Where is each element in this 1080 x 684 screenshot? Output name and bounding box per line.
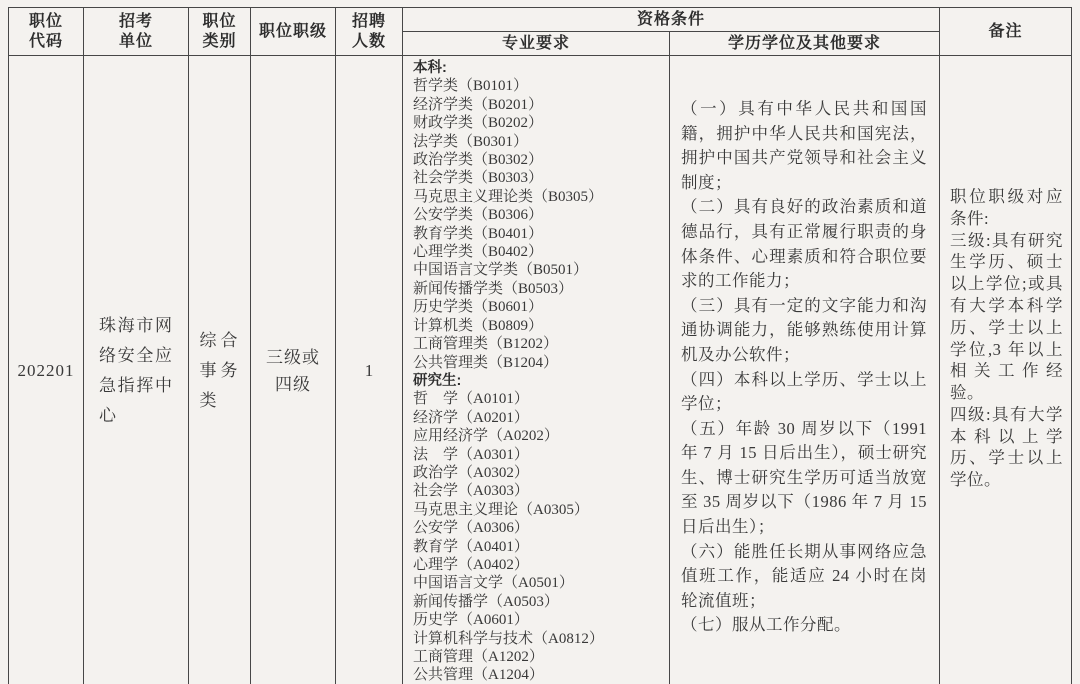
position-rank-value: 三级或四级: [264, 344, 322, 398]
major-item: 应用经济学（A0202）: [413, 427, 665, 445]
major-item: 社会学类（B0303）: [413, 169, 665, 187]
degree-requirement-item: （三）具有一定的文字能力和沟通协调能力，能够熟练使用计算机及办公软件；: [681, 294, 927, 368]
recruit-count-value: 1: [365, 361, 374, 381]
header-degree-requirement: 学历学位及其他要求: [670, 32, 940, 56]
major-item: 财政学类（B0202）: [413, 114, 665, 132]
major-item: 社会学（A0303）: [413, 482, 665, 500]
position-code-value: 202201: [18, 361, 75, 381]
major-item: 新闻传播学类（B0503）: [413, 280, 665, 298]
header-position-category: 职位 类别: [189, 8, 251, 56]
major-item: 公共管理（A1204）: [413, 666, 665, 684]
major-item: 计算机类（B0809）: [413, 317, 665, 335]
cell-position-rank: 三级或四级: [251, 56, 336, 684]
major-item: 历史学（A0601）: [413, 611, 665, 629]
major-item: 教育学（A0401）: [413, 538, 665, 556]
major-item: 中国语言文学（A0501）: [413, 574, 665, 592]
remark-line: 四级:具有大学本科以上学历、学士以上学位。: [950, 404, 1063, 491]
major-item: 政治学（A0302）: [413, 464, 665, 482]
cell-recruit-count: 1: [336, 56, 403, 684]
position-category-value: 综合事务类: [200, 326, 240, 416]
major-item: 工商管理类（B1202）: [413, 335, 665, 353]
major-item: 本科:: [413, 59, 665, 77]
degree-requirement-item: （六）能胜任长期从事网络应急值班工作，能适应 24 小时在岗轮流值班；: [681, 540, 927, 614]
major-item: 中国语言文学类（B0501）: [413, 261, 665, 279]
degree-requirement-item: （二）具有良好的政治素质和道德品行，具有正常履行职责的身体条件、心理素质和符合职…: [681, 195, 927, 293]
header-recruit-unit: 招考 单位: [84, 8, 189, 56]
cell-position-code: 202201: [9, 56, 84, 684]
header-position-rank: 职位职级: [251, 8, 336, 56]
major-item: 哲学类（B0101）: [413, 77, 665, 95]
remark-line: 职位职级对应条件:: [950, 186, 1063, 230]
major-item: 马克思主义理论（A0305）: [413, 501, 665, 519]
major-item: 研究生:: [413, 372, 665, 390]
major-item: 政治学类（B0302）: [413, 151, 665, 169]
major-item: 哲 学（A0101）: [413, 390, 665, 408]
cell-remark: 职位职级对应条件:三级:具有研究生学历、硕士以上学位;或具有大学本科学历、学士以…: [940, 56, 1072, 684]
major-item: 法学类（B0301）: [413, 133, 665, 151]
recruit-unit-value: 珠海市网络安全应急指挥中心: [99, 311, 173, 431]
cell-position-category: 综合事务类: [189, 56, 251, 684]
header-remark: 备注: [940, 8, 1072, 56]
major-item: 新闻传播学（A0503）: [413, 593, 665, 611]
major-item: 历史学类（B0601）: [413, 298, 665, 316]
degree-requirement-item: （五）年龄 30 周岁以下（1991 年 7 月 15 日后出生），硕士研究生、…: [681, 417, 927, 540]
degree-requirement-item: （七）服从工作分配。: [681, 613, 927, 638]
major-item: 公安学（A0306）: [413, 519, 665, 537]
header-recruit-count: 招聘 人数: [336, 8, 403, 56]
cell-degree-requirements: （一）具有中华人民共和国国籍，拥护中华人民共和国宪法，拥护中国共产党领导和社会主…: [670, 56, 940, 684]
position-table: 职位 代码 招考 单位 职位 类别 职位职级 招聘 人数 资格条件 备注 专业要…: [8, 7, 1072, 684]
major-item: 马克思主义理论类（B0305）: [413, 188, 665, 206]
major-item: 经济学类（B0201）: [413, 96, 665, 114]
major-item: 法 学（A0301）: [413, 446, 665, 464]
cell-major-requirements: 本科:哲学类（B0101）经济学类（B0201）财政学类（B0202）法学类（B…: [403, 56, 670, 684]
remark-line: 三级:具有研究生学历、硕士以上学位;或具有大学本科学历、学士以上学位,3 年以上…: [950, 230, 1063, 404]
header-major-requirement: 专业要求: [403, 32, 670, 56]
header-position-code: 职位 代码: [9, 8, 84, 56]
major-item: 公安学类（B0306）: [413, 206, 665, 224]
header-qualification: 资格条件: [403, 8, 940, 32]
degree-requirement-item: （一）具有中华人民共和国国籍，拥护中华人民共和国宪法，拥护中国共产党领导和社会主…: [681, 97, 927, 195]
degree-requirement-item: （四）本科以上学历、学士以上学位；: [681, 368, 927, 417]
major-item: 经济学（A0201）: [413, 409, 665, 427]
major-item: 公共管理类（B1204）: [413, 354, 665, 372]
cell-recruit-unit: 珠海市网络安全应急指挥中心: [84, 56, 189, 684]
major-item: 心理学（A0402）: [413, 556, 665, 574]
major-item: 心理学类（B0402）: [413, 243, 665, 261]
recruitment-position-table-page: 职位 代码 招考 单位 职位 类别 职位职级 招聘 人数 资格条件 备注 专业要…: [0, 0, 1080, 684]
major-item: 教育学类（B0401）: [413, 225, 665, 243]
major-item: 工商管理（A1202）: [413, 648, 665, 666]
major-item: 计算机科学与技术（A0812）: [413, 630, 665, 648]
